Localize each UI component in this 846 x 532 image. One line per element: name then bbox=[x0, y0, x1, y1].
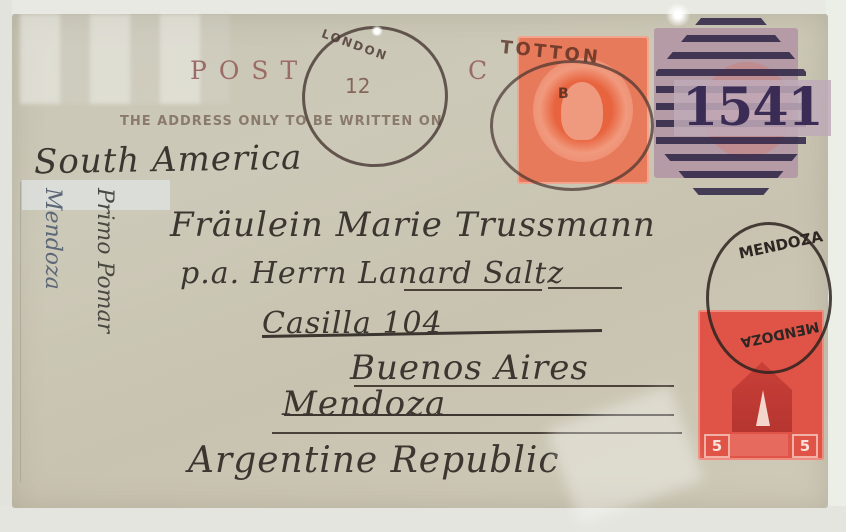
postmark-totton-letter: B bbox=[558, 86, 569, 102]
handwriting-line-2: Fräulein Marie Trussmann bbox=[170, 205, 656, 245]
side-note-1: Primo Pomar bbox=[92, 188, 117, 333]
glass-glare-small bbox=[370, 26, 384, 36]
handwriting-line-7: Argentine Republic bbox=[188, 440, 560, 481]
frame-mat-bottom bbox=[0, 506, 846, 532]
handwriting-line-5: Buenos Aires bbox=[350, 348, 589, 388]
postmark-top-date: 12 bbox=[345, 74, 370, 98]
stamp-value-left: 5 bbox=[704, 434, 730, 458]
handwriting-line-6-crossed: Mendoza bbox=[282, 384, 446, 424]
frame-mat-top bbox=[0, 0, 846, 14]
glass-glare bbox=[664, 4, 692, 26]
cancel-number: 1541 bbox=[674, 80, 831, 136]
side-note-2: Mendoza bbox=[40, 188, 65, 290]
frame-mat-left bbox=[0, 0, 12, 532]
stamp-value-band bbox=[730, 434, 788, 456]
underline-2 bbox=[548, 287, 622, 289]
photo-frame: POST C THE ADDRESS ONLY TO BE WRITTEN ON… bbox=[0, 0, 846, 532]
underline-1 bbox=[404, 289, 542, 291]
postmark-totton bbox=[490, 60, 654, 191]
printed-title: POST bbox=[190, 56, 309, 85]
handwriting-line-3: p.a. Herrn Lanard Saltz bbox=[180, 256, 564, 291]
printed-title-right: C bbox=[468, 56, 487, 85]
handwriting-line-1: South America bbox=[34, 138, 303, 183]
stamp-value-right: 5 bbox=[792, 434, 818, 458]
